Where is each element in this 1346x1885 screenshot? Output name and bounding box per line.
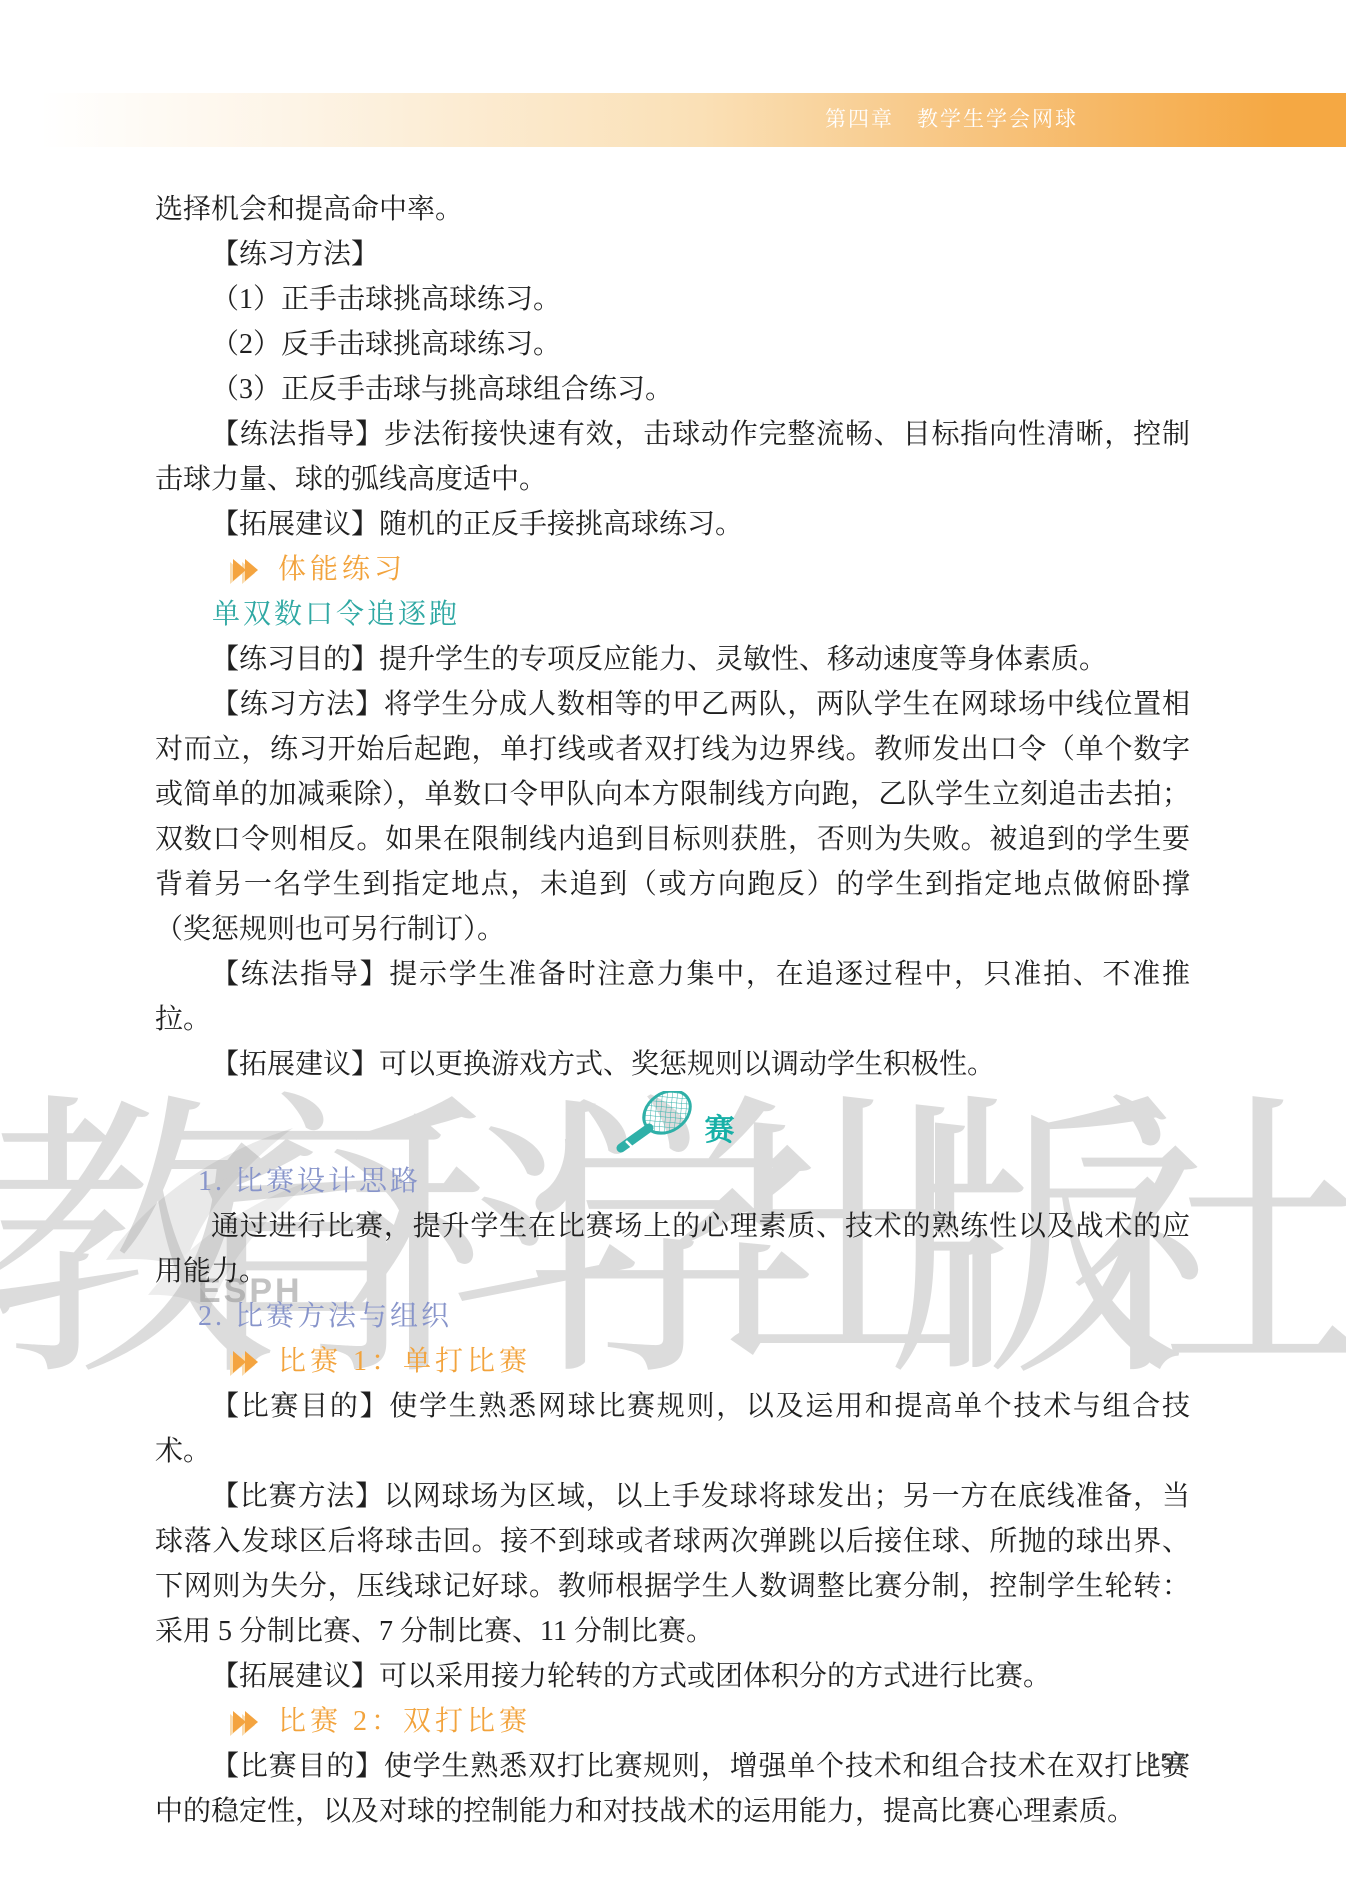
para-expand-suggestion-1: 【拓展建议】随机的正反手接挑高球练习。 (155, 502, 1190, 547)
para-practice-item-3: （3）正反手击球与挑高球组合练习。 (155, 367, 1190, 412)
para-practice-method-label: 【练习方法】 (155, 232, 1190, 277)
page-number: 157 (1148, 1750, 1186, 1774)
para-match-1-expand: 【拓展建议】可以采用接力轮转的方式或团体积分的方式进行比赛。 (155, 1654, 1190, 1699)
para-match-2-purpose: 【比赛目的】使学生熟悉双打比赛规则，增强单个技术和组合技术在双打比赛中的稳定性，… (155, 1744, 1190, 1834)
tennis-racket-icon (611, 1091, 693, 1155)
page-content: 选择机会和提高命中率。 【练习方法】 （1）正手击球挑高球练习。 （2）反手击球… (155, 187, 1190, 1834)
heading-match-2-label: 比赛 2：双打比赛 (278, 1699, 531, 1744)
para-practice-purpose: 【练习目的】提升学生的专项反应能力、灵敏性、移动速度等身体素质。 (155, 637, 1190, 682)
para-practice-method-2: 【练习方法】将学生分成人数相等的甲乙两队，两队学生在网球场中线位置相对而立，练习… (155, 682, 1190, 952)
double-chevron-icon (233, 1711, 260, 1733)
para-expand-suggestion-2: 【拓展建议】可以更换游戏方式、奖惩规则以调动学生积极性。 (155, 1042, 1190, 1087)
para-match-design: 通过进行比赛，提升学生在比赛场上的心理素质、技术的熟练性以及战术的应用能力。 (155, 1204, 1190, 1294)
heading-fitness-label: 体能练习 (278, 547, 406, 592)
match-section-divider: 赛 (155, 1087, 1190, 1159)
heading-match-design: 1. 比赛设计思路 (198, 1159, 1190, 1204)
heading-match-2-doubles: 比赛 2：双打比赛 (233, 1699, 1190, 1744)
para-intro-continuation: 选择机会和提高命中率。 (155, 187, 1190, 232)
chapter-header-bar: 第四章 教学生学会网球 (0, 93, 1346, 147)
heading-chase-run: 单双数口令追逐跑 (212, 592, 1190, 637)
double-chevron-icon (233, 1351, 260, 1373)
para-match-1-method: 【比赛方法】以网球场为区域，以上手发球将球发出；另一方在底线准备，当球落入发球区… (155, 1474, 1190, 1654)
heading-match-organization: 2. 比赛方法与组织 (198, 1294, 1190, 1339)
heading-match-1-singles: 比赛 1：单打比赛 (233, 1339, 1190, 1384)
para-practice-guide-2: 【练法指导】提示学生准备时注意力集中，在追逐过程中，只准拍、不准推拉。 (155, 952, 1190, 1042)
para-practice-item-1: （1）正手击球挑高球练习。 (155, 277, 1190, 322)
para-practice-item-2: （2）反手击球挑高球练习。 (155, 322, 1190, 367)
divider-label: 赛 (705, 1108, 735, 1153)
textbook-page: 教育科学出版社 ESPH 第四章 教学生学会网球 选择机会和提高命中率。 【练习… (0, 0, 1346, 1885)
para-practice-guide-1: 【练法指导】步法衔接快速有效，击球动作完整流畅、目标指向性清晰，控制击球力量、球… (155, 412, 1190, 502)
chapter-title: 第四章 教学生学会网球 (825, 108, 1078, 131)
para-match-1-purpose: 【比赛目的】使学生熟悉网球比赛规则，以及运用和提高单个技术与组合技术。 (155, 1384, 1190, 1474)
double-chevron-icon (233, 559, 260, 581)
heading-fitness-practice: 体能练习 (233, 547, 1190, 592)
heading-match-1-label: 比赛 1：单打比赛 (278, 1339, 531, 1384)
